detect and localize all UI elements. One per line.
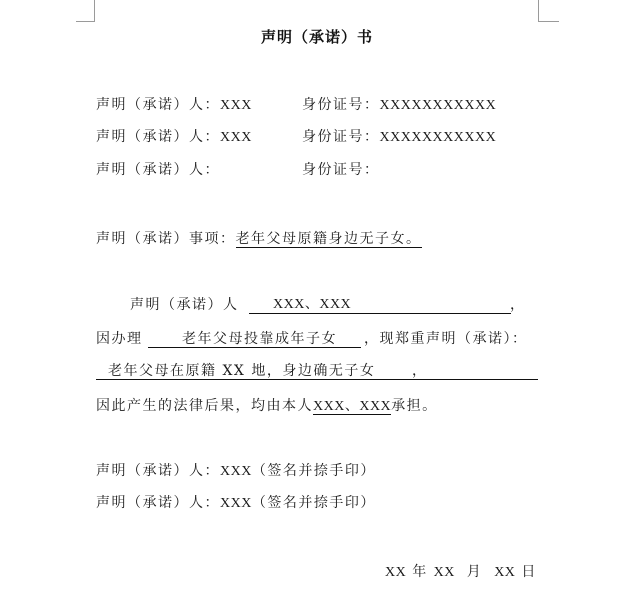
document-title: 声明（承诺）书: [0, 26, 634, 47]
body-p3-suffix: ，: [412, 362, 428, 380]
id-row: 身份证号：XXXXXXXXXXX: [302, 96, 496, 115]
body-p2-suffix: ，现郑重声明（承诺）：: [364, 330, 528, 348]
id-value: XXXXXXXXXXX: [380, 98, 497, 113]
declarant-row: 声明（承诺）人：: [96, 161, 220, 180]
id-label: 身份证号：: [302, 129, 380, 145]
body-p1-names: XXX、XXX: [273, 296, 351, 314]
date-year: XX: [385, 565, 406, 580]
declarant-label: 声明（承诺）人：: [96, 129, 220, 145]
signature-row: 声明（承诺）人：XXX（签名并捺手印）: [96, 462, 376, 481]
date-day: XX: [494, 565, 515, 580]
body-p1-suffix: ，: [510, 296, 526, 314]
body-p4-prefix: 因此产生的法律后果，均由本人: [96, 398, 313, 414]
body-p2-prefix: 因办理: [96, 330, 143, 348]
declarant-name: XXX: [220, 98, 252, 113]
body-p2-item: 老年父母投靠成年子女: [182, 330, 337, 348]
signature-label: 声明（承诺）人：: [96, 463, 220, 479]
signature-note: （签名并捺手印）: [252, 495, 376, 511]
id-value: XXXXXXXXXXX: [380, 130, 497, 145]
declarant-row: 声明（承诺）人：XXX: [96, 96, 252, 115]
matters-row: 声明（承诺）事项：老年父母原籍身边无子女。: [96, 230, 422, 248]
date-month: XX: [434, 565, 455, 580]
declarant-label: 声明（承诺）人：: [96, 97, 220, 113]
body-p1-prefix: 声明（承诺）人: [130, 297, 239, 313]
declarant-name: XXX: [220, 130, 252, 145]
page-corner-mark-top-left: [94, 0, 95, 21]
id-row: 身份证号：XXXXXXXXXXX: [302, 128, 496, 147]
page-corner-mark-top-left: [76, 21, 95, 22]
body-p4-suffix: 承担。: [391, 398, 438, 414]
signature-label: 声明（承诺）人：: [96, 495, 220, 511]
signature-note: （签名并捺手印）: [252, 463, 376, 479]
id-label: 身份证号：: [302, 162, 380, 178]
date-line: XX 年 XX 月 XX 日: [385, 563, 537, 582]
signature-name: XXX: [220, 464, 252, 479]
body-p3-statement: 老年父母在原籍 XX 地，身边确无子女: [108, 362, 375, 380]
declarant-label: 声明（承诺）人：: [96, 162, 220, 178]
date-year-unit: 年: [412, 564, 428, 580]
id-row: 身份证号：: [302, 161, 380, 180]
matters-label: 声明（承诺）事项：: [96, 231, 236, 247]
body-line-4: 因此产生的法律后果，均由本人XXX、XXX承担。: [96, 397, 438, 416]
declarant-row: 声明（承诺）人：XXX: [96, 128, 252, 147]
date-day-unit: 日: [521, 564, 537, 580]
signature-name: XXX: [220, 496, 252, 511]
matters-value: 老年父母原籍身边无子女。: [236, 231, 422, 248]
page-corner-mark-top-right: [538, 21, 559, 22]
body-p4-names: XXX、XXX: [313, 399, 391, 415]
date-month-unit: 月: [467, 564, 483, 580]
signature-row: 声明（承诺）人：XXX（签名并捺手印）: [96, 494, 376, 513]
fill-in-underline: [96, 379, 538, 380]
page-corner-mark-top-right: [538, 0, 539, 21]
id-label: 身份证号：: [302, 97, 380, 113]
body-line-1: 声明（承诺）人: [130, 296, 239, 314]
